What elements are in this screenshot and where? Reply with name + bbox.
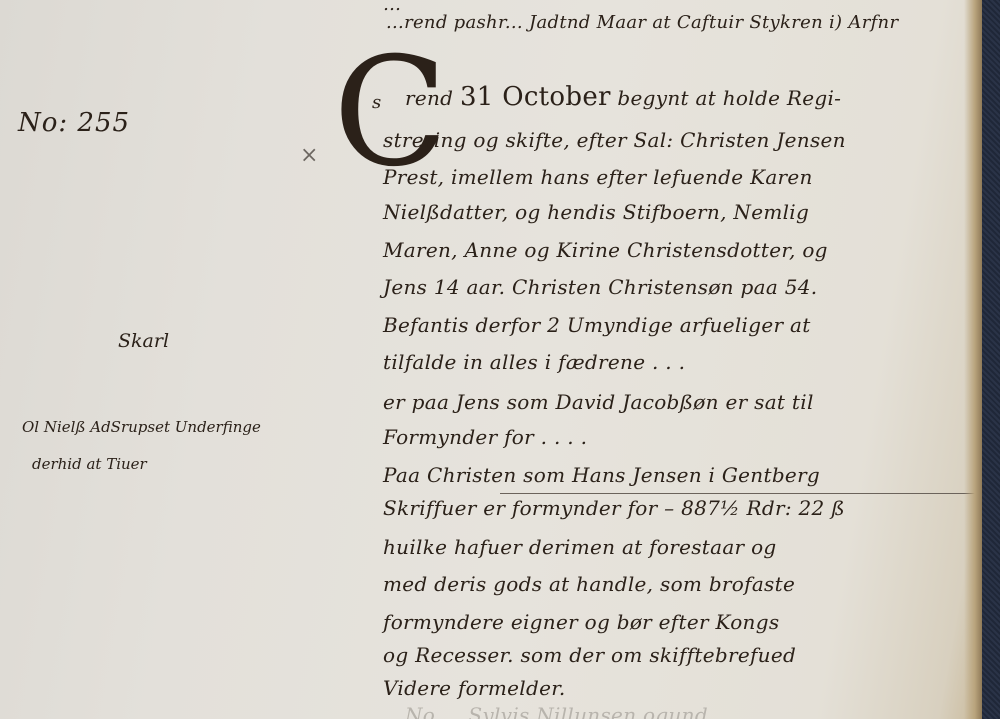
book-binding-cloth [982,0,1000,719]
body-line-1: rend 31 October begynt at holde Regi- [405,82,841,112]
margin-note-line-1: Ol Nielß AdSrupset Underfinge [22,418,261,436]
body-line-11: Paa Christen som Hans Jensen i Gentberg [383,463,820,487]
body-line-10: Formynder for . . . . [383,425,587,449]
body-line-2: strering og skifte, efter Sal: Christen … [383,128,846,152]
body-line-12: Skriffuer er formynder for – 887½ Rdr: 2… [383,496,845,520]
body-line-15: formyndere eigner og bør efter Kongs [383,610,779,634]
body-line-3: Prest, imellem hans efter lefuende Karen [383,165,813,189]
entry-date: 31 October [460,82,611,112]
body-line-17: Videre formelder. [383,676,566,700]
next-entry-fragment: No ... Sylvis Nillunsen ogund [405,703,708,719]
line-1-prefix: rend [405,86,453,110]
body-line-8: tilfalde in alles i fædrene . . . [383,350,685,374]
body-line-4: Nielßdatter, og hendis Stifboern, Nemlig [383,200,809,224]
line-1-suffix: begynt at holde Regi- [617,86,841,110]
body-line-14: med deris gods at handle, som brofaste [383,572,795,596]
margin-name-note: Skarl [118,330,169,352]
previous-entry-fragment: ...rend pashr... Jadtnd Maar at Caftuir … [386,12,898,33]
body-line-13: huilke hafuer derimen at forestaar og [383,535,777,559]
body-line-5: Maren, Anne og Kirine Christensdotter, o… [383,238,828,262]
body-line-6: Jens 14 aar. Christen Christensøn paa 54… [383,275,817,299]
ruled-underline [500,493,990,494]
body-line-7: Befantis derfor 2 Umyndige arfueliger at [383,313,811,337]
initial-small-letter: s [372,92,381,113]
manuscript-page: … ...rend pashr... Jadtnd Maar at Caftui… [0,0,982,719]
cross-mark: × [300,143,318,168]
body-line-16: og Recesser. som der om skifftebrefued [383,643,796,667]
entry-number: No: 255 [18,108,130,138]
body-line-9: er paa Jens som David Jacobßøn er sat ti… [383,390,814,414]
margin-note-line-2: derhid at Tiuer [32,455,147,473]
